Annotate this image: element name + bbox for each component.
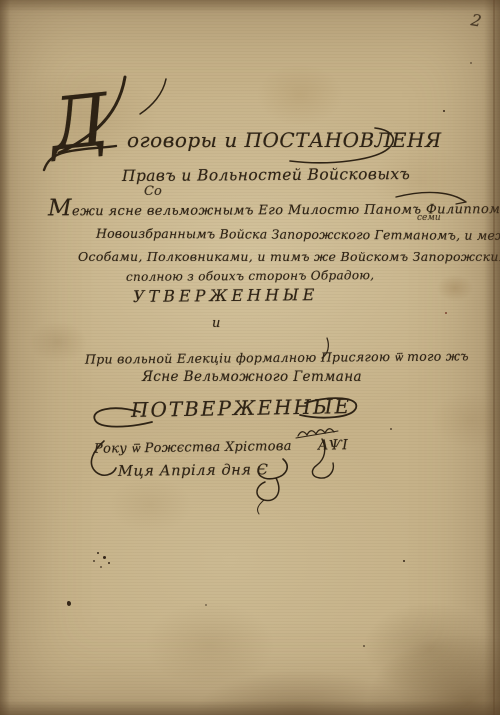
ink-speck (470, 62, 472, 64)
initial-secondary-stroke (140, 79, 166, 114)
emphasis-word-utverzhennye: УТВЕРЖЕННЫЕ (133, 286, 319, 306)
title-line-1: оговоры и ПОСТАНОВЛЕНЯ (127, 129, 442, 152)
insertion-mark: Со (144, 185, 162, 200)
rust-speck (445, 312, 447, 314)
ink-speck (403, 560, 405, 562)
emphasis-word-potverzhennye: ПОТВЕРЖЕННЫЕ (131, 395, 352, 422)
oath-line-1: При вольной Елекцiи формалною Присягою ѿ… (85, 349, 469, 367)
conjunction-word: и (212, 317, 220, 332)
body-line-4: сполною з обоихъ сторонъ Обрадою, (126, 269, 374, 285)
ink-speck (443, 110, 445, 112)
manuscript-scan-page: 2 Д оговоры и ПОСТАНОВЛЕНЯ Правъ и Вольн… (0, 0, 500, 715)
interlinear-note: семи (417, 213, 441, 223)
ink-speck (103, 556, 106, 559)
oath-line-2: Ясне Вельможного Гетмана (142, 370, 362, 386)
title-line-2: Правъ и Вольностей Войсковыхъ (122, 166, 410, 186)
folio-number: 2 (469, 11, 482, 31)
date-year-cyrillic-numeral: АѰІ (318, 437, 348, 453)
title-initial-letter: Д (46, 83, 112, 161)
day-swash-tail (258, 500, 264, 514)
body-line-2: Новоизбраннымъ Войска Запорожского Гетма… (96, 227, 500, 244)
ink-speck (205, 604, 207, 606)
ink-speck (100, 566, 102, 568)
body-line-3: Особами, Полковниками, и тимъ же Войском… (78, 250, 500, 264)
ink-speck (93, 560, 95, 562)
page-edge-line (493, 0, 495, 715)
ink-speck (97, 552, 99, 554)
date-line-2: Мця Апрiля дня Є (118, 462, 269, 480)
date-line-1: Року ѿ Рожєства ХрiстоваАѰІ (94, 437, 348, 457)
ink-blot (67, 601, 71, 606)
day-swash-lower-loop (257, 478, 279, 500)
year-titlo-squiggle (298, 429, 334, 436)
ink-speck (108, 562, 110, 564)
date-prefix: Року ѿ Рожєства Хрiстова (94, 439, 292, 457)
ink-speck (363, 645, 365, 647)
ink-speck (390, 428, 392, 430)
